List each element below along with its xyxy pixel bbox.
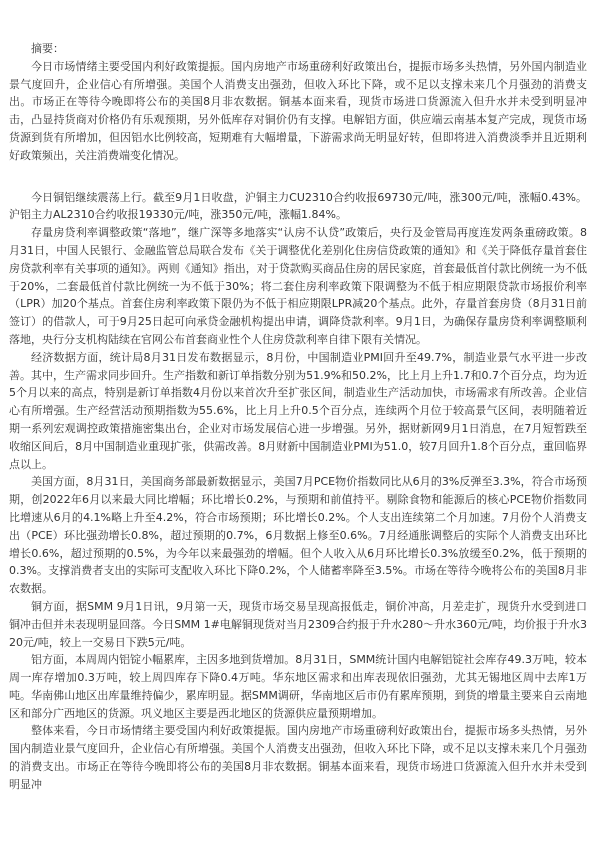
paragraph-copper: 铜方面，据SMM 9月1日讯，9月第一天，现货市场交易呈现高报低走，铜价冲高，月… — [9, 598, 587, 651]
report-page: 摘要： 今日市场情绪主要受国内利好政策提振。国内房地产市场重磅利好政策出台，提振… — [0, 0, 595, 842]
paragraph-overall: 整体来看，今日市场情绪主要受国内利好政策提振。国内房地产市场重磅利好政策出台，提… — [9, 722, 587, 793]
paragraph-china-economic-data: 经济数据方面，统计局8月31日发布数据显示，8月份，中国制造业PMI回升至49.… — [9, 349, 587, 474]
summary-heading: 摘要： — [9, 40, 587, 58]
paragraph-aluminum: 铝方面，本周周内铝锭小幅累库，主因多地到货增加。8月31日，SMM统计国内电解铝… — [9, 651, 587, 722]
paragraph-market-sentiment-summary: 今日市场情绪主要受国内利好政策提振。国内房地产市场重磅利好政策出台，提振市场多头… — [9, 58, 587, 165]
paragraph-futures-close: 今日铜铝继续震荡上行。截至9月1日收盘，沪铜主力CU2310合约收报69730元… — [9, 189, 587, 225]
paragraph-mortgage-policy: 存量房贷利率调整政策“落地”，继广深等多地落实“认房不认贷”政策后，央行及金管局… — [9, 224, 587, 349]
paragraph-us-data: 美国方面，8月31日，美国商务部最新数据显示，美国7月PCE物价指数同比从6月的… — [9, 473, 587, 598]
